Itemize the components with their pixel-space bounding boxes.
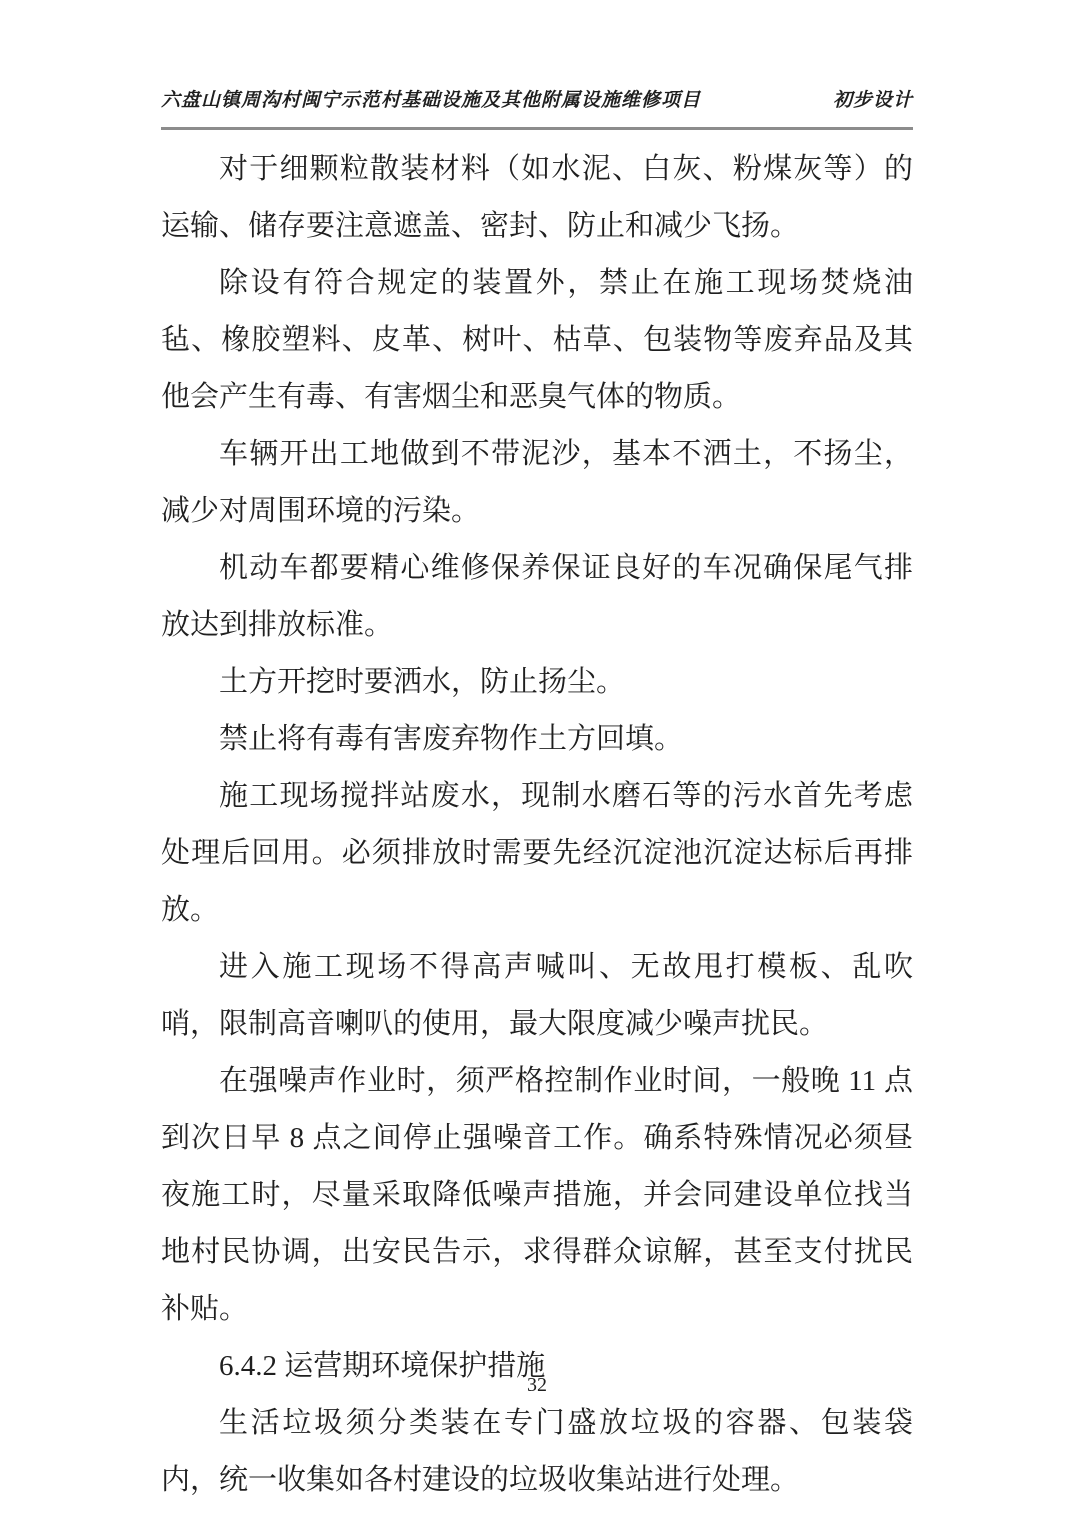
document-page: 六盘山镇周沟村闽宁示范村基础设施及其他附属设施维修项目 初步设计 对于细颗粒散装… [0,0,1074,1520]
document-body: 对于细颗粒散装材料（如水泥、白灰、粉煤灰等）的运输、储存要注意遮盖、密封、防止和… [161,141,913,1509]
header-doc-stage: 初步设计 [833,88,913,114]
page-number: 32 [0,1372,1074,1398]
body-paragraph: 生活垃圾须分类装在专门盛放垃圾的容器、包装袋内，统一收集如各村建设的垃圾收集站进… [161,1395,913,1509]
body-paragraph: 对于细颗粒散装材料（如水泥、白灰、粉煤灰等）的运输、储存要注意遮盖、密封、防止和… [161,141,913,255]
body-paragraph: 车辆开出工地做到不带泥沙，基本不洒土，不扬尘，减少对周围环境的污染。 [161,426,913,540]
page-header: 六盘山镇周沟村闽宁示范村基础设施及其他附属设施维修项目 初步设计 [161,88,913,130]
header-project-title: 六盘山镇周沟村闽宁示范村基础设施及其他附属设施维修项目 [161,88,701,114]
body-paragraph: 禁止将有毒有害废弃物作土方回填。 [161,711,913,768]
body-paragraph: 土方开挖时要洒水，防止扬尘。 [161,654,913,711]
body-paragraph: 在强噪声作业时，须严格控制作业时间，一般晚 11 点到次日早 8 点之间停止强噪… [161,1053,913,1338]
body-paragraph: 施工现场搅拌站废水，现制水磨石等的污水首先考虑处理后回用。必须排放时需要先经沉淀… [161,768,913,939]
body-paragraph: 机动车都要精心维修保养保证良好的车况确保尾气排放达到排放标准。 [161,540,913,654]
body-paragraph: 进入施工现场不得高声喊叫、无故甩打模板、乱吹哨，限制高音喇叭的使用，最大限度减少… [161,939,913,1053]
body-paragraph: 除设有符合规定的装置外，禁止在施工现场焚烧油毡、橡胶塑料、皮革、树叶、枯草、包装… [161,255,913,426]
